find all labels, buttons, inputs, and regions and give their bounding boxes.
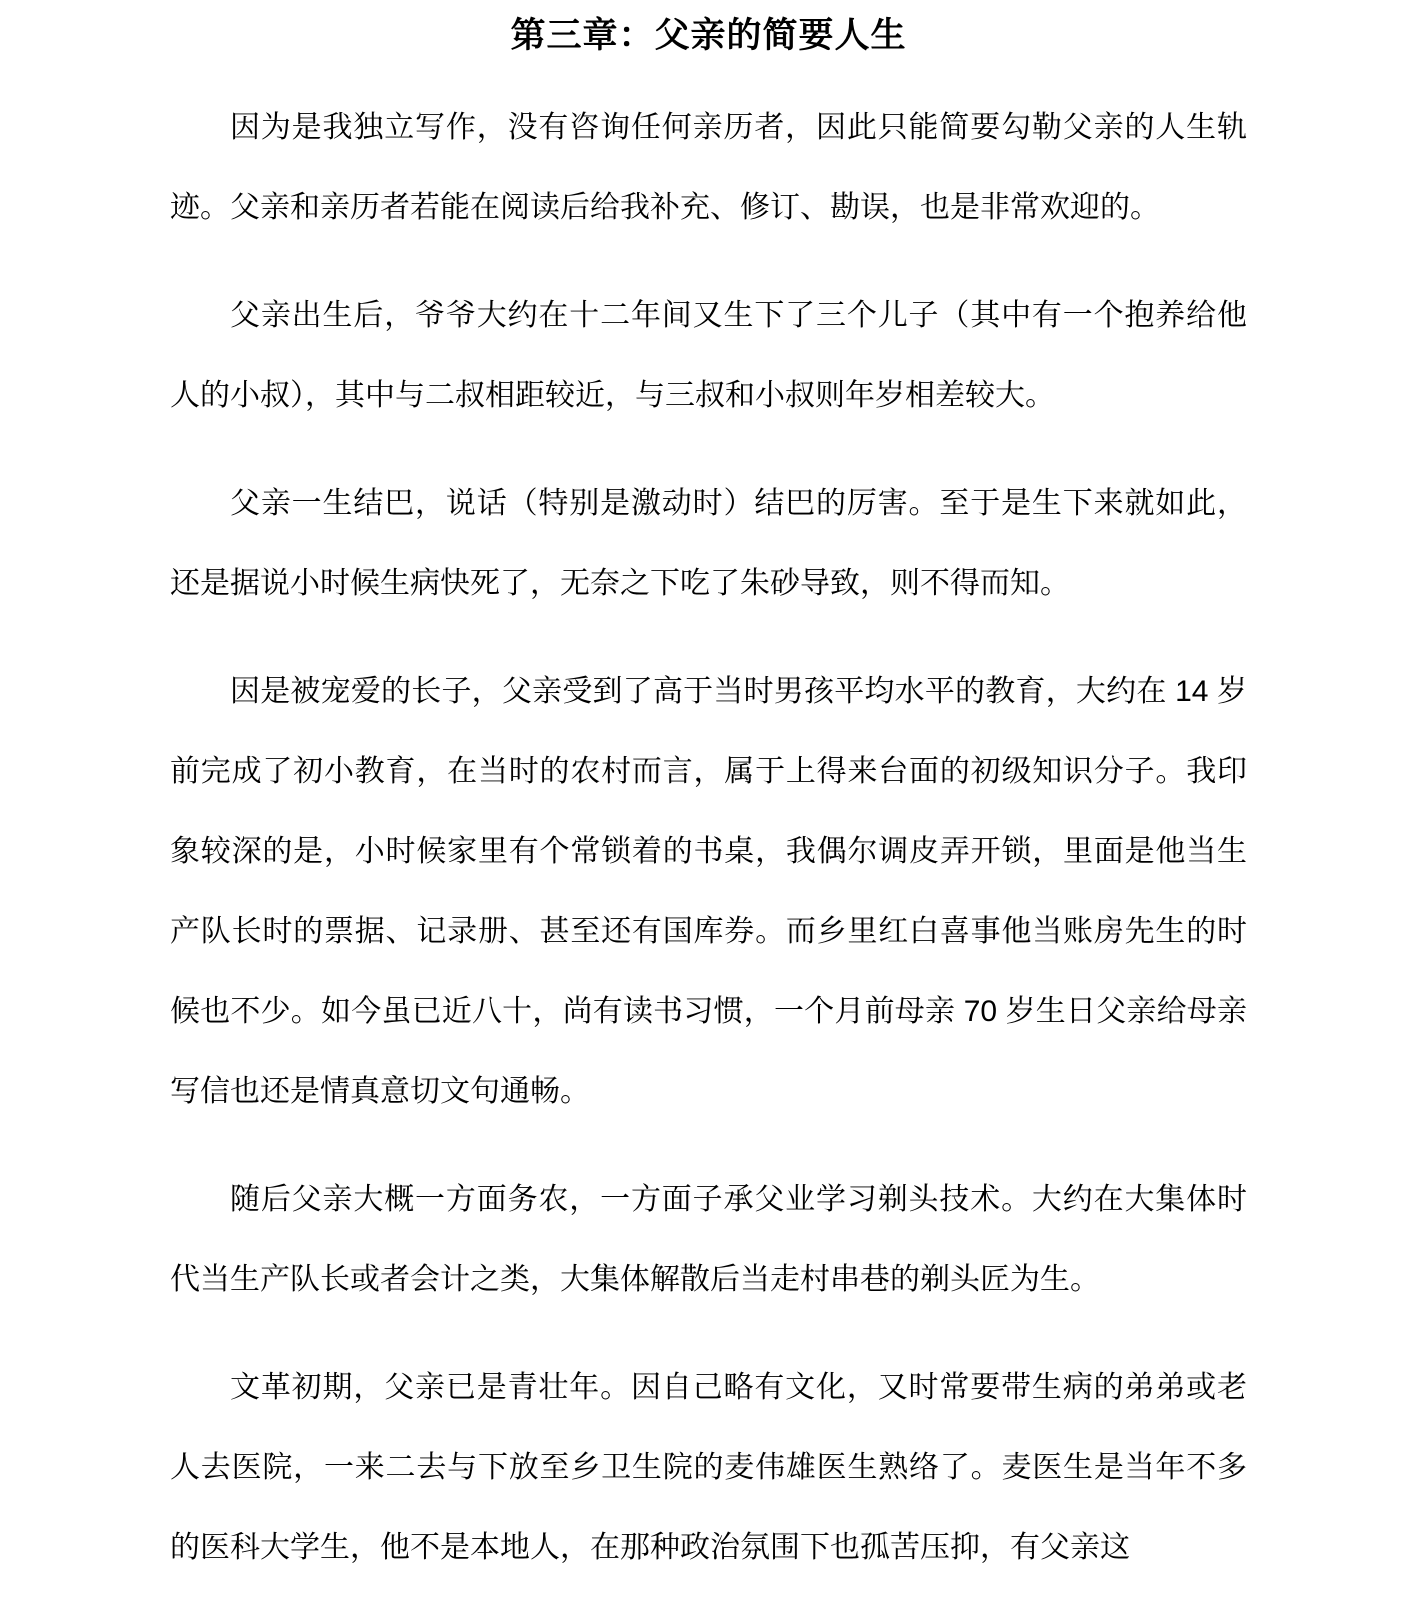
paragraph-education: 因是被宠爱的长子，父亲受到了高于当时男孩平均水平的教育，大约在 14 岁前完成了… [170,652,1247,1132]
chapter-title: 第三章：父亲的简要人生 [170,14,1247,58]
paragraph-stutter: 父亲一生结巴，说话（特别是激动时）结巴的厉害。至于是生下来就如此，还是据说小时候… [170,464,1247,624]
paragraph-intro: 因为是我独立写作，没有咨询任何亲历者，因此只能简要勾勒父亲的人生轨迹。父亲和亲历… [170,88,1247,248]
paragraph-birth-brothers: 父亲出生后，爷爷大约在十二年间又生下了三个儿子（其中有一个抱养给他人的小叔），其… [170,276,1247,436]
paragraph-farming-barber: 随后父亲大概一方面务农，一方面子承父业学习剃头技术。大约在大集体时代当生产队长或… [170,1160,1247,1320]
document-body: 因为是我独立写作，没有咨询任何亲历者，因此只能简要勾勒父亲的人生轨迹。父亲和亲历… [170,88,1247,1588]
document-page: 第三章：父亲的简要人生 因为是我独立写作，没有咨询任何亲历者，因此只能简要勾勒父… [0,0,1415,1605]
paragraph-cultural-revolution: 文革初期，父亲已是青壮年。因自己略有文化，又时常要带生病的弟弟或老人去医院，一来… [170,1348,1247,1588]
